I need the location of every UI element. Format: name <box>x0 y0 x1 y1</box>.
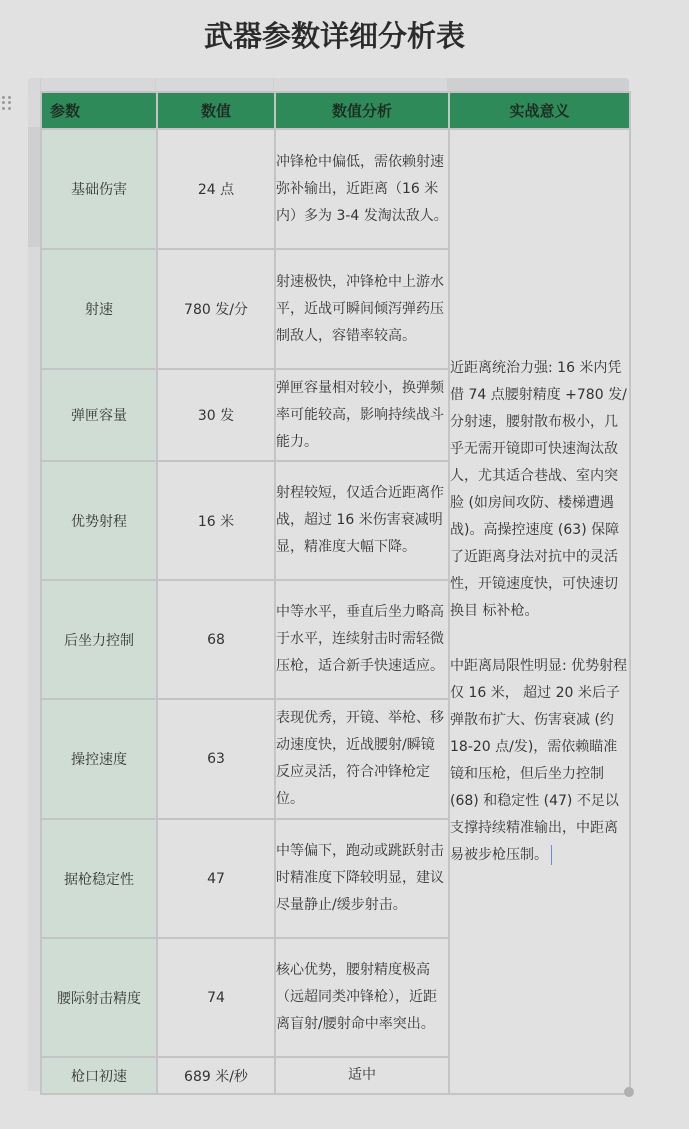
value-cell[interactable]: 780 发/分 <box>157 249 275 369</box>
header-value[interactable]: 数值 <box>157 92 275 129</box>
meaning-paragraph-mid-range: 中距离局限性明显: 优势射程仅 16 米， 超过 20 米后子弹散布扩大、伤害衰… <box>450 653 629 869</box>
text-cursor <box>551 845 552 865</box>
analysis-cell[interactable]: 表现优秀，开镜、举枪、移动速度快，近战腰射/瞬镜反应灵活，符合冲锋枪定位。 <box>275 699 449 819</box>
param-cell[interactable]: 优势射程 <box>41 461 157 580</box>
table-header-row: 参数 数值 数值分析 实战意义 <box>41 92 630 129</box>
value-cell[interactable]: 74 <box>157 938 275 1057</box>
analysis-cell[interactable]: 中等水平，垂直后坐力略高于水平，连续射击时需轻微压枪，适合新手快速适应。 <box>275 580 449 699</box>
param-cell[interactable]: 基础伤害 <box>41 129 157 249</box>
value-cell[interactable]: 16 米 <box>157 461 275 580</box>
table-resize-handle[interactable] <box>624 1087 634 1097</box>
analysis-cell[interactable]: 射程较短，仅适合近距离作战，超过 16 米伤害衰减明显，精准度大幅下降。 <box>275 461 449 580</box>
meaning-cell[interactable]: 近距离统治力强: 16 米内凭借 74 点腰射精度 +780 发/分射速，腰射散… <box>449 129 630 1094</box>
corner-selector[interactable] <box>28 78 41 91</box>
param-cell[interactable]: 据枪稳定性 <box>41 819 157 938</box>
value-cell[interactable]: 689 米/秒 <box>157 1057 275 1094</box>
meaning-paragraph-close-range: 近距离统治力强: 16 米内凭借 74 点腰射精度 +780 发/分射速，腰射散… <box>450 355 629 625</box>
value-cell[interactable]: 47 <box>157 819 275 938</box>
analysis-cell[interactable]: 冲锋枪中偏低，需依赖射速弥补输出，近距离（16 米内）多为 3-4 发淘汰敌人。 <box>275 129 449 249</box>
column-selector-3[interactable] <box>274 78 448 91</box>
analysis-cell[interactable]: 适中 <box>275 1057 449 1094</box>
value-cell[interactable]: 30 发 <box>157 369 275 461</box>
column-selector-bar[interactable] <box>28 78 629 91</box>
value-cell[interactable]: 63 <box>157 699 275 819</box>
header-param[interactable]: 参数 <box>41 92 157 129</box>
param-cell[interactable]: 操控速度 <box>41 699 157 819</box>
analysis-cell[interactable]: 弹匣容量相对较小，换弹频率可能较高，影响持续战斗能力。 <box>275 369 449 461</box>
column-selector-2[interactable] <box>156 78 274 91</box>
header-meaning[interactable]: 实战意义 <box>449 92 630 129</box>
param-cell[interactable]: 枪口初速 <box>41 1057 157 1094</box>
meaning-paragraph-mid-range-text: 中距离局限性明显: 优势射程仅 16 米， 超过 20 米后子弹散布扩大、伤害衰… <box>450 658 627 863</box>
param-cell[interactable]: 射速 <box>41 249 157 369</box>
weapon-parameters-table: 参数 数值 数值分析 实战意义 基础伤害 24 点 冲锋枪中偏低，需依赖射速弥补… <box>40 91 631 1095</box>
column-selector-1[interactable] <box>41 78 156 91</box>
param-cell[interactable]: 腰际射击精度 <box>41 938 157 1057</box>
table-row: 基础伤害 24 点 冲锋枪中偏低，需依赖射速弥补输出，近距离（16 米内）多为 … <box>41 129 630 249</box>
value-cell[interactable]: 68 <box>157 580 275 699</box>
value-cell[interactable]: 24 点 <box>157 129 275 249</box>
param-cell[interactable]: 后坐力控制 <box>41 580 157 699</box>
table-drag-handle-icon[interactable] <box>2 96 12 110</box>
analysis-cell[interactable]: 中等偏下，跑动或跳跃射击时精准度下降较明显，建议尽量静止/缓步射击。 <box>275 819 449 938</box>
column-selector-4[interactable] <box>448 78 629 91</box>
param-cell[interactable]: 弹匣容量 <box>41 369 157 461</box>
document-page: 武器参数详细分析表 参数 数值 数值分析 实战意义 <box>0 0 689 1129</box>
analysis-cell[interactable]: 核心优势，腰射精度极高（远超同类冲锋枪），近距离盲射/腰射命中率突出。 <box>275 938 449 1057</box>
document-title[interactable]: 武器参数详细分析表 <box>0 14 669 55</box>
header-analysis[interactable]: 数值分析 <box>275 92 449 129</box>
analysis-cell[interactable]: 射速极快，冲锋枪中上游水平，近战可瞬间倾泻弹药压制敌人，容错率较高。 <box>275 249 449 369</box>
